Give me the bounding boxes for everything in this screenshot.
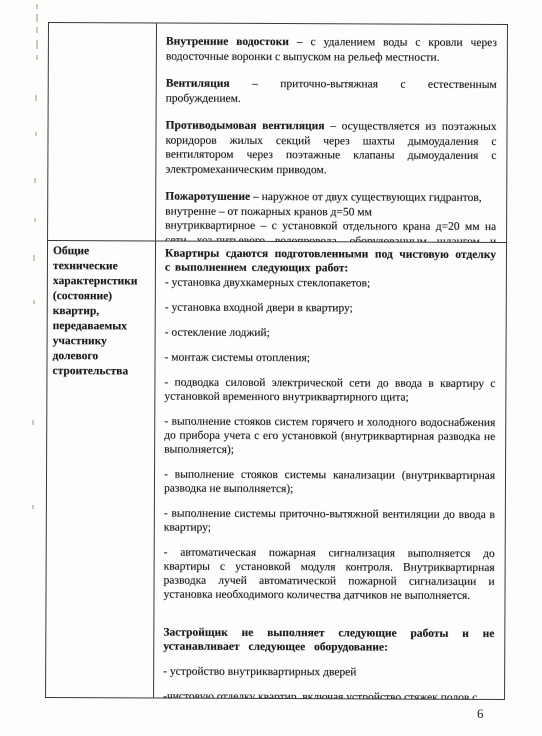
not-performed-item: - устройство внутриквартирных дверей [163,665,494,680]
work-item: - установка входной двери в квартиру; [165,301,496,316]
page-number: 6 [477,706,484,722]
scan-artifact [32,505,34,509]
paragraph-ventilation: Вентиляция – приточно-вытяжная с естеств… [166,77,497,107]
scan-artifact [36,4,38,9]
term-ventilation: Вентиляция [166,78,230,90]
table-cell-section-title: Общие технические характеристики (состоя… [46,241,156,697]
table-cell-utilities: Внутренние водостоки – с удалением воды … [156,23,507,243]
works-header: Квартиры сдаются подготовленными под чис… [165,247,496,276]
scan-artifact [35,132,37,136]
characteristics-table: Внутренние водостоки – с удалением воды … [45,22,508,700]
work-item: - автоматическая пожарная сигнализация в… [163,546,494,603]
scan-artifact [36,14,38,22]
table-cell-empty [48,23,157,241]
document-page: Внутренние водостоки – с удалением воды … [0,0,542,736]
scan-artifact [36,27,38,33]
paragraph-firefighting: Пожаротушение – наружное от двух существ… [165,190,496,243]
not-performed-header: Застройщик не выполняет следующие работы… [163,626,494,655]
scan-artifact [35,95,37,101]
paragraph-line3: внутриквартирное – с установкой отдельно… [165,220,496,243]
scan-artifact [34,178,36,183]
scan-artifact [34,218,36,222]
work-item: - выполнение стояков систем горячего и х… [164,415,495,458]
work-item: - подводка силовой электрической сети до… [164,376,495,405]
paragraph-smoke-ventilation: Противодымовая вентиляция – осуществляет… [165,119,496,178]
work-item: - выполнение системы приточно-вытяжной в… [164,507,495,536]
scan-artifact [33,300,35,304]
work-item: - остекление лоджий; [165,326,496,341]
paragraph-line2: внутренне – от пожарных кранов д=50 мм [165,205,372,218]
work-item: - выполнение стояков системы канализации… [164,468,495,497]
scan-artifact [36,55,38,60]
table-cell-works: Квартиры сдаются подготовленными под чис… [154,241,506,699]
section-title: Общие технические характеристики (состоя… [52,245,137,377]
not-performed-item: -чистовую отделку квартир, включая устро… [163,690,494,699]
term-firefighting: Пожаротушение [165,191,250,203]
work-item: - установка двухкамерных стеклопакетов; [165,276,496,291]
scan-artifact [32,420,34,425]
term-smoke-ventilation: Противодымовая вентиляция [166,120,325,133]
scan-artifact [36,40,38,49]
paragraph-text: – наружное от двух существующих гидранто… [253,191,482,204]
work-item: - монтаж системы отопления; [165,351,496,366]
term-internal-drains: Внутренние водостоки [166,36,289,49]
scan-artifact [33,255,35,261]
paragraph-internal-drains: Внутренние водостоки – с удалением воды … [166,35,497,65]
